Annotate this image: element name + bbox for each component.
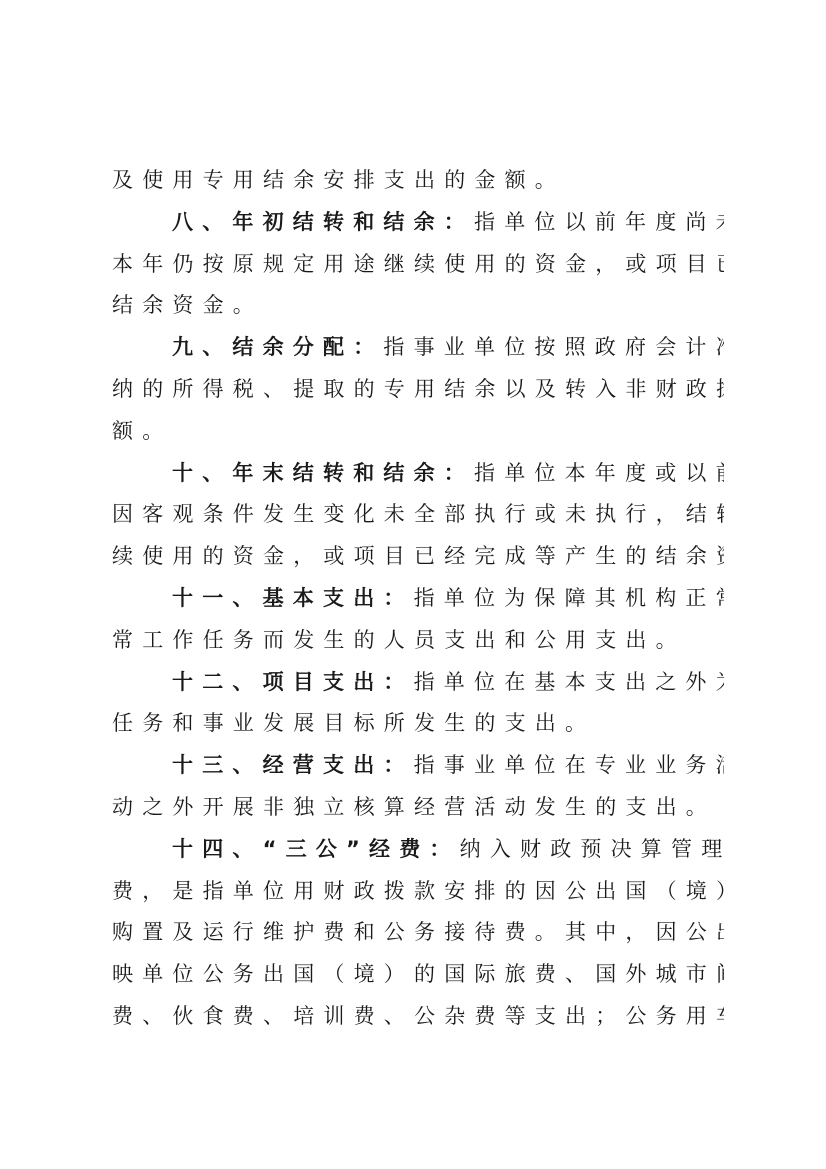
text-line: 纳的所得税、提取的专用结余以及转入非财政拨款结余等的金 xyxy=(112,369,724,411)
text-line: 结余资金。 xyxy=(112,285,724,327)
body-text: 本年仍按原规定用途继续使用的资金，或项目已完成等产生的 xyxy=(112,252,724,276)
body-text: 指单位本年度或以前年度预算安排、 xyxy=(474,461,724,485)
definition-paragraph-12: 十二、项目支出：指单位在基本支出之外为完成特定行政 任务和事业发展目标所发生的支… xyxy=(112,662,724,746)
body-text: 费，是指单位用财政拨款安排的因公出国（境）费、公务用车 xyxy=(112,879,724,903)
text-line: 费，是指单位用财政拨款安排的因公出国（境）费、公务用车 xyxy=(112,871,724,913)
body-text: 指单位为保障其机构正常运转、完成日 xyxy=(414,586,724,610)
text-line: 映单位公务出国（境）的国际旅费、国外城市间交通费、住宿 xyxy=(112,954,724,996)
text-line: 十一、基本支出：指单位为保障其机构正常运转、完成日 xyxy=(112,578,724,620)
definition-paragraph-10: 十、年末结转和结余：指单位本年度或以前年度预算安排、 因客观条件发生变化未全部执… xyxy=(112,453,724,578)
text-line: 及使用专用结余安排支出的金额。 xyxy=(112,160,724,202)
text-line: 十二、项目支出：指单位在基本支出之外为完成特定行政 xyxy=(112,662,724,704)
term-heading: 十、年末结转和结余： xyxy=(172,461,474,485)
text-line: 常工作任务而发生的人员支出和公用支出。 xyxy=(112,620,724,662)
body-text: 及使用专用结余安排支出的金额。 xyxy=(112,168,565,192)
term-heading: 十三、经营支出： xyxy=(172,753,414,777)
body-text: 续使用的资金，或项目已经完成等产生的结余资金。 xyxy=(112,544,724,568)
body-text: 纳的所得税、提取的专用结余以及转入非财政拨款结余等的金 xyxy=(112,377,724,401)
definition-paragraph-9: 九、结余分配：指事业单位按照政府会计准则制度规定缴 纳的所得税、提取的专用结余以… xyxy=(112,327,724,452)
body-text: 指单位以前年度尚未完成、结转到 xyxy=(474,210,724,234)
text-line: 任务和事业发展目标所发生的支出。 xyxy=(112,703,724,745)
body-text: 指事业单位在专业业务活动及其辅助活 xyxy=(414,753,724,777)
term-heading: 九、结余分配： xyxy=(172,335,383,359)
text-line: 额。 xyxy=(112,411,724,453)
document-page: 及使用专用结余安排支出的金额。 八、年初结转和结余：指单位以前年度尚未完成、结转… xyxy=(112,160,724,1038)
definition-paragraph-11: 十一、基本支出：指单位为保障其机构正常运转、完成日 常工作任务而发生的人员支出和… xyxy=(112,578,724,662)
body-text: 动之外开展非独立核算经营活动发生的支出。 xyxy=(112,795,716,819)
text-line: 十、年末结转和结余：指单位本年度或以前年度预算安排、 xyxy=(112,453,724,495)
definition-paragraph-8: 八、年初结转和结余：指单位以前年度尚未完成、结转到 本年仍按原规定用途继续使用的… xyxy=(112,202,724,327)
body-text: 额。 xyxy=(112,419,172,443)
definition-paragraph-13: 十三、经营支出：指事业单位在专业业务活动及其辅助活 动之外开展非独立核算经营活动… xyxy=(112,745,724,829)
text-line: 十三、经营支出：指事业单位在专业业务活动及其辅助活 xyxy=(112,745,724,787)
body-text: 结余资金。 xyxy=(112,293,263,317)
body-text: 常工作任务而发生的人员支出和公用支出。 xyxy=(112,628,686,652)
text-line: 九、结余分配：指事业单位按照政府会计准则制度规定缴 xyxy=(112,327,724,369)
body-text: 任务和事业发展目标所发生的支出。 xyxy=(112,711,595,735)
definition-paragraph-14: 十四、“三公”经费：纳入财政预决算管理的“三公”经 费，是指单位用财政拨款安排的… xyxy=(112,829,724,1038)
body-text: 映单位公务出国（境）的国际旅费、国外城市间交通费、住宿 xyxy=(112,962,724,986)
body-text: 纳入财政预决算管理的“三公”经 xyxy=(460,837,724,861)
body-text: 指单位在基本支出之外为完成特定行政 xyxy=(414,670,724,694)
body-text: 购置及运行维护费和公务接待费。其中，因公出国（境）费反 xyxy=(112,920,724,944)
text-line: 十四、“三公”经费：纳入财政预决算管理的“三公”经 xyxy=(112,829,724,871)
body-text: 指事业单位按照政府会计准则制度规定缴 xyxy=(383,335,724,359)
text-line: 续使用的资金，或项目已经完成等产生的结余资金。 xyxy=(112,536,724,578)
body-text: 因客观条件发生变化未全部执行或未执行，结转到以后年度继 xyxy=(112,502,724,526)
term-heading: 十一、基本支出： xyxy=(172,586,414,610)
text-line: 本年仍按原规定用途继续使用的资金，或项目已完成等产生的 xyxy=(112,244,724,286)
paragraph-continuation: 及使用专用结余安排支出的金额。 xyxy=(112,160,724,202)
text-line: 八、年初结转和结余：指单位以前年度尚未完成、结转到 xyxy=(112,202,724,244)
body-text: 费、伙食费、培训费、公杂费等支出；公务用车购置及运行维 xyxy=(112,1004,724,1028)
text-line: 购置及运行维护费和公务接待费。其中，因公出国（境）费反 xyxy=(112,912,724,954)
term-heading: 十二、项目支出： xyxy=(172,670,414,694)
term-heading: 八、年初结转和结余： xyxy=(172,210,474,234)
text-line: 因客观条件发生变化未全部执行或未执行，结转到以后年度继 xyxy=(112,494,724,536)
text-line: 费、伙食费、培训费、公杂费等支出；公务用车购置及运行维 xyxy=(112,996,724,1038)
term-heading: 十四、“三公”经费： xyxy=(172,837,460,861)
text-line: 动之外开展非独立核算经营活动发生的支出。 xyxy=(112,787,724,829)
